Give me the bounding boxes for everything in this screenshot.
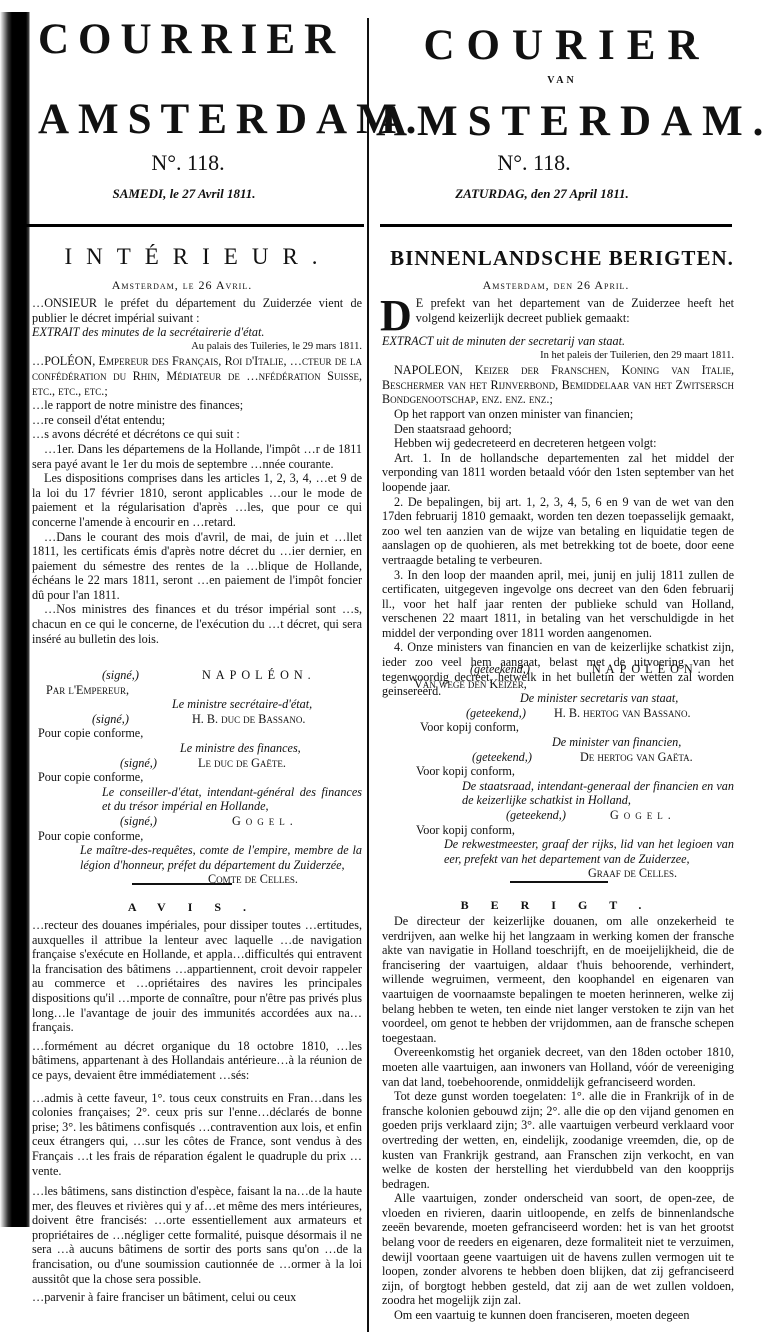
issue-date: ZATURDAG, den 27 April 1811. bbox=[362, 186, 722, 202]
signature-gaeta: De hertog van Gaëta. bbox=[580, 750, 693, 765]
masthead-van: VAN bbox=[382, 75, 742, 86]
paragraph-napoleon-title: …POLÉON, Empereur des Français, Roi d'It… bbox=[32, 354, 362, 398]
drop-cap: D bbox=[380, 298, 412, 334]
paragraph-hebben: Hebben wij gedecreteerd en decreteren he… bbox=[382, 436, 734, 451]
paragraph-avons: …s avons décrété et décrétons ce qui sui… bbox=[32, 427, 362, 442]
berigt-paragraph: Overeenkomstig het organiek decreet, van… bbox=[382, 1045, 734, 1089]
berigt-paragraph: Om een vaartuig te kunnen doen franciser… bbox=[382, 1308, 734, 1323]
issue-number: N°. 118. bbox=[354, 150, 714, 176]
article-3: …Dans le courant des mois d'avril, de ma… bbox=[32, 530, 362, 603]
par-empereur: Par l'Empereur, bbox=[46, 683, 129, 698]
minister-secretaris: De minister secretaris van staat, bbox=[520, 691, 678, 706]
article-1: Art. 1. In de hollandsche departementen … bbox=[382, 451, 734, 495]
masthead-amsterdam: AMSTERDAM. bbox=[376, 100, 736, 143]
signe-label: (signé,) bbox=[120, 756, 157, 771]
ministre-secretaire: Le ministre secrétaire-d'état, bbox=[172, 697, 312, 712]
signature-napoleon: NAPOLEON. bbox=[592, 662, 706, 677]
pour-copie: Pour copie conforme, bbox=[38, 770, 143, 785]
geteekend-label: (geteekend,) bbox=[466, 706, 526, 721]
berigt-paragraph: Alle vaartuigen, zonder onderscheid van … bbox=[382, 1191, 734, 1308]
section-rule bbox=[510, 881, 608, 883]
signature-gogel: Gogel. bbox=[610, 808, 676, 823]
article-3: 3. In den loop der maanden april, mei, j… bbox=[382, 568, 734, 641]
masthead-courrier: COURRIER bbox=[38, 18, 338, 61]
paragraph-napoleon-title: NAPOLEON, Keizer der Franschen, Koning v… bbox=[382, 363, 734, 407]
paragraph-palais: Au palais des Tuileries, le 29 mars 1811… bbox=[32, 340, 362, 355]
header-rule bbox=[380, 224, 732, 227]
avis-paragraph: …parvenir à faire franciser un bâtiment,… bbox=[32, 1290, 362, 1305]
column-divider bbox=[367, 18, 369, 1332]
paragraph-staatsraad: Den staatsraad gehoord; bbox=[382, 422, 734, 437]
paragraph-rapport: …le rapport de notre ministre des financ… bbox=[32, 398, 362, 413]
staatsraad-intendant: De staatsraad, intendant-generaal der fi… bbox=[382, 779, 734, 808]
geteekend-label: (geteekend,) bbox=[506, 808, 566, 823]
avis-paragraph: …formément au décret organique du 18 oct… bbox=[32, 1039, 362, 1083]
issue-number: N°. 118. bbox=[22, 150, 354, 176]
voor-kopij: Voor kopij conform, bbox=[420, 720, 519, 735]
header-rule bbox=[26, 224, 364, 227]
signe-label: (signé,) bbox=[102, 668, 139, 683]
paragraph-intro: E prefekt van het departement van de Zui… bbox=[416, 296, 734, 325]
berigt-title: BERIGT. bbox=[382, 898, 742, 913]
minister-financien: De minister van financien, bbox=[552, 735, 681, 750]
section-rule bbox=[132, 883, 232, 885]
signature-celles: Graaf de Celles. bbox=[588, 866, 677, 881]
signature-bassano: H. B. duc de Bassano. bbox=[192, 712, 305, 727]
french-signatures: (signé,)NAPOLÉON. Par l'Empereur, Le min… bbox=[32, 668, 362, 887]
geteekend-label: (geteekend,) bbox=[472, 750, 532, 765]
dateline: Amsterdam, le 26 Avril. bbox=[16, 278, 348, 293]
section-title-interieur: INTÉRIEUR. bbox=[32, 244, 364, 270]
signe-label: (signé,) bbox=[120, 814, 157, 829]
paragraph-rapport: Op het rapport van onzen minister van fi… bbox=[382, 407, 734, 422]
berigt-paragraph: Tot deze gunst worden toegelaten: 1°. al… bbox=[382, 1089, 734, 1191]
signe-label: (signé,) bbox=[92, 712, 129, 727]
avis-paragraph: …recteur des douanes impériales, pour di… bbox=[32, 918, 362, 1035]
avis-text: …recteur des douanes impériales, pour di… bbox=[32, 918, 362, 1305]
paragraph-extrait: EXTRAIT des minutes de la secrétairerie … bbox=[32, 325, 362, 340]
masthead-amsterdam: AMSTERDAM. bbox=[38, 98, 370, 141]
article-2: Les dispositions comprises dans les arti… bbox=[32, 471, 362, 529]
rekwestmeester: De rekwestmeester, graaf der rijks, lid … bbox=[382, 837, 734, 866]
paragraph-conseil: …re conseil d'état entendu; bbox=[32, 413, 362, 428]
decree-text: DE prefekt van het departement van de Zu… bbox=[382, 296, 734, 699]
pour-copie: Pour copie conforme, bbox=[38, 829, 143, 844]
signature-napoleon: NAPOLÉON. bbox=[202, 668, 316, 683]
geteekend-label: (geteekend,) bbox=[470, 662, 530, 677]
masthead-courier: COURIER bbox=[402, 24, 732, 67]
article-1: …1er. Dans les départemens de la Holland… bbox=[32, 442, 362, 471]
pour-copie: Pour copie conforme, bbox=[38, 726, 143, 741]
van-wege: Van wege den Keizer, bbox=[414, 677, 527, 692]
conseiller-etat: Le conseiller-d'état, intendant-général … bbox=[32, 785, 362, 814]
article-4: …Nos ministres des finances et du trésor… bbox=[32, 602, 362, 646]
signature-gogel: Gogel. bbox=[232, 814, 298, 829]
avis-title: AVIS. bbox=[32, 900, 364, 915]
decree-text: …ONSIEUR le préfet du département du Zui… bbox=[32, 296, 362, 646]
article-2: 2. De bepalingen, bij art. 1, 2, 3, 4, 5… bbox=[382, 495, 734, 568]
paragraph-intro: …ONSIEUR le préfet du département du Zui… bbox=[32, 296, 362, 325]
avis-paragraph: …les bâtimens, sans distinction d'espèce… bbox=[32, 1184, 362, 1286]
ministre-finances: Le ministre des finances, bbox=[180, 741, 301, 756]
paragraph-extract: EXTRACT uit de minuten der secretarij va… bbox=[382, 334, 734, 349]
dutch-signatures: (geteekend,)NAPOLEON. Van wege den Keize… bbox=[382, 662, 734, 881]
berigt-text: De directeur der keizerlijke douanen, om… bbox=[382, 914, 734, 1323]
avis-paragraph: …admis à cette faveur, 1°. tous ceux con… bbox=[32, 1091, 362, 1179]
berigt-paragraph: De directeur der keizerlijke douanen, om… bbox=[382, 914, 734, 1045]
dateline: Amsterdam, den 26 April. bbox=[376, 278, 736, 293]
voor-kopij: Voor kopij conform, bbox=[416, 764, 515, 779]
voor-kopij: Voor kopij conform, bbox=[416, 823, 515, 838]
signature-gaete: Le duc de Gaëte. bbox=[198, 756, 286, 771]
section-title-binnenlandsche: BINNENLANDSCHE BERIGTEN. bbox=[382, 246, 742, 271]
paragraph-paleis: In het paleis der Tuilerien, den 29 maar… bbox=[382, 349, 734, 364]
signature-bassano: H. B. hertog van Bassano. bbox=[554, 706, 691, 721]
maitre-des-requetes: Le maître-des-requêtes, comte de l'empir… bbox=[32, 843, 362, 872]
issue-date: SAMEDI, le 27 Avril 1811. bbox=[18, 186, 350, 202]
